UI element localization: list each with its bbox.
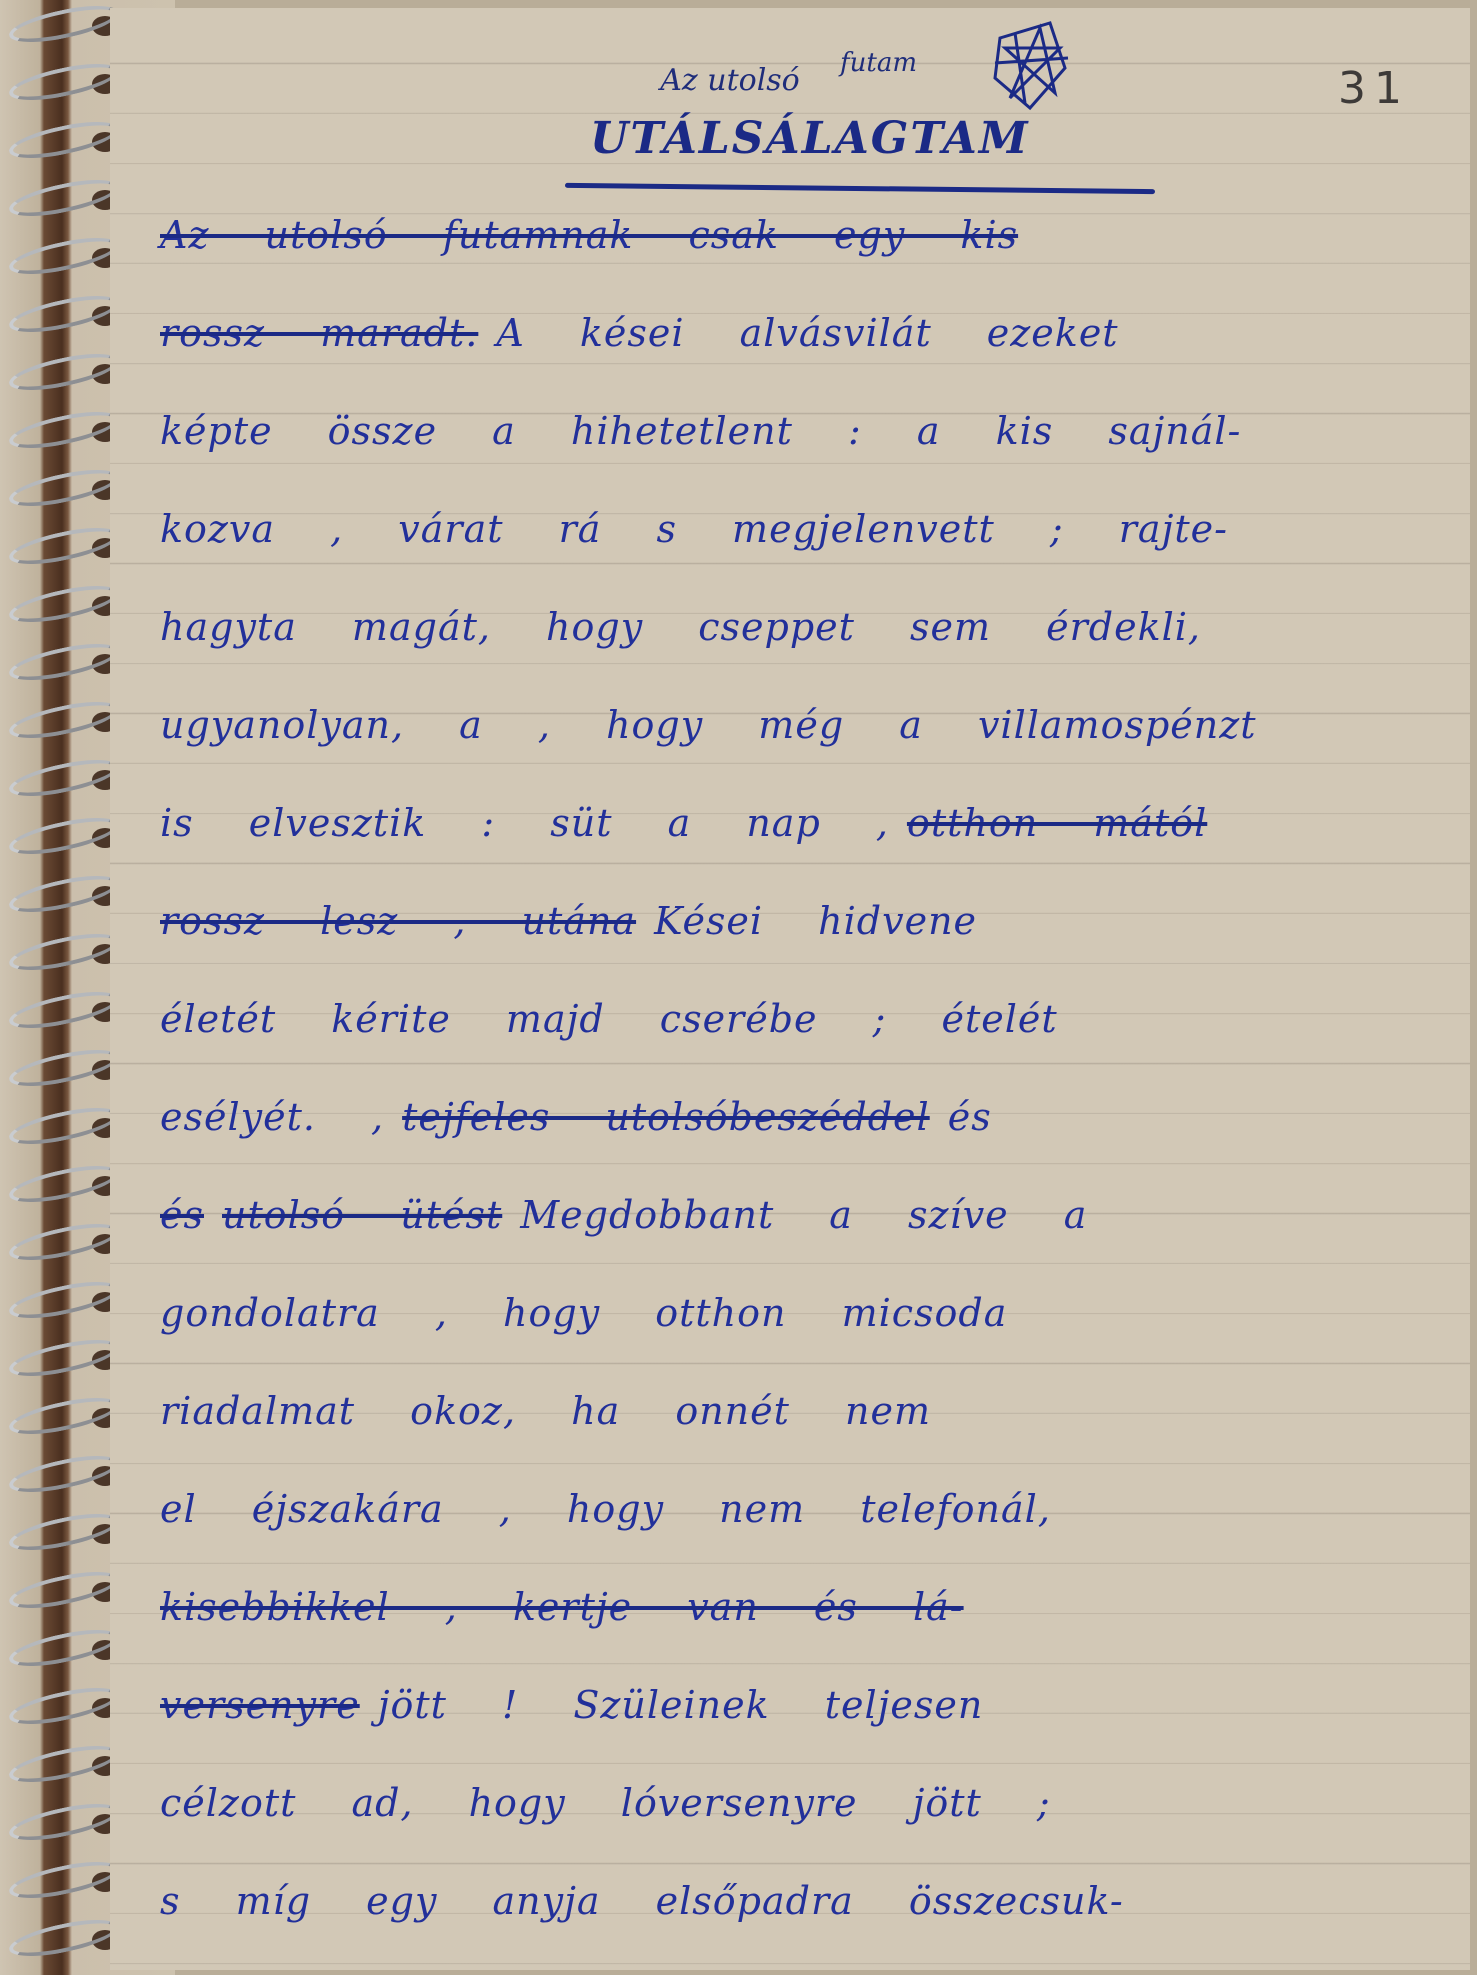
line-text: riadalmat okoz, ha onnét nem — [160, 1389, 931, 1433]
manuscript-line: esélyét. ,tejfeles utolsóbeszéddelés — [160, 1095, 1450, 1139]
spiral-coil — [6, 231, 121, 282]
struck-text: és — [160, 1193, 204, 1237]
spiral-coil — [6, 1739, 121, 1790]
title-underline — [565, 183, 1155, 194]
manuscript-line: rossz maradt.A kései alvásvilát ezeket — [160, 311, 1450, 355]
spiral-coil — [6, 347, 121, 398]
notebook-page: 31 Az utolsó futam UTÁLSÁLAGTAM Az utols… — [110, 8, 1470, 1970]
spiral-coil — [6, 115, 121, 166]
spiral-coil — [6, 1333, 121, 1384]
spiral-coil — [6, 521, 121, 572]
line-text: jött ! Szüleinek teljesen — [378, 1683, 984, 1727]
struck-text: rossz lesz , utána — [160, 899, 636, 943]
spiral-coil — [6, 1797, 121, 1848]
subtitle-insert: futam — [840, 48, 917, 78]
spiral-coil — [6, 57, 121, 108]
manuscript-line: ésutolsó ütéstMegdobbant a szíve a — [160, 1193, 1450, 1237]
line-text: hagyta magát, hogy cseppet sem érdekli, — [160, 605, 1201, 649]
title: UTÁLSÁLAGTAM — [590, 113, 1030, 164]
spiral-coil — [6, 695, 121, 746]
spiral-coil — [6, 1391, 121, 1442]
struck-text: kisebbikkel , kertje van és lá- — [160, 1585, 964, 1629]
line-text: Megdobbant a szíve a — [520, 1193, 1087, 1237]
spiral-coil — [6, 463, 121, 514]
spiral-coil — [6, 1623, 121, 1674]
spiral-coil — [6, 579, 121, 630]
notebook: 31 Az utolsó futam UTÁLSÁLAGTAM Az utols… — [0, 0, 1477, 1975]
spiral-coil — [6, 1913, 121, 1964]
spiral-coil — [6, 1449, 121, 1500]
line-text: Kései hidvene — [654, 899, 977, 943]
line-text: is elvesztik : süt a nap , — [160, 801, 889, 845]
manuscript-line: életét kérite majd cserébe ; ételét — [160, 997, 1450, 1041]
struck-text: otthon mától — [907, 801, 1207, 845]
subtitle: Az utolsó — [660, 63, 800, 98]
line-text: kozva , várat rá s megjelenvett ; rajte- — [160, 507, 1228, 551]
manuscript-line: kisebbikkel , kertje van és lá- — [160, 1585, 1450, 1629]
line-text: és — [948, 1095, 992, 1139]
spiral-coil — [6, 927, 121, 978]
manuscript-line: el éjszakára , hogy nem telefonál, — [160, 1487, 1450, 1531]
struck-text: versenyre — [160, 1683, 360, 1727]
spiral-coil — [6, 0, 121, 49]
manuscript-line: hagyta magát, hogy cseppet sem érdekli, — [160, 605, 1450, 649]
spiral-coil — [6, 1159, 121, 1210]
line-text: célzott ad, hogy lóversenyre jött ; — [160, 1781, 1051, 1825]
manuscript-line: Az utolsó futamnak csak egy kis — [160, 213, 1450, 257]
spiral-coil — [6, 1565, 121, 1616]
manuscript-line: riadalmat okoz, ha onnét nem — [160, 1389, 1450, 1433]
line-text: ugyanolyan, a , hogy még a villamospénzt — [160, 703, 1257, 747]
spiral-coil — [6, 1855, 121, 1906]
line-text: el éjszakára , hogy nem telefonál, — [160, 1487, 1051, 1531]
manuscript-line: versenyrejött ! Szüleinek teljesen — [160, 1683, 1450, 1727]
spiral-coil — [6, 1217, 121, 1268]
line-text: s míg egy anyja elsőpadra összecsuk- — [160, 1879, 1124, 1923]
struck-text: utolsó ütést — [222, 1193, 502, 1237]
struck-text: tejfeles utolsóbeszéddel — [402, 1095, 930, 1139]
spiral-coil — [6, 637, 121, 688]
line-text: képte össze a hihetetlent : a kis sajnál… — [160, 409, 1241, 453]
manuscript-line: gondolatra , hogy otthon micsoda — [160, 1291, 1450, 1335]
spiral-coil — [6, 405, 121, 456]
spiral-coil — [6, 1681, 121, 1732]
manuscript-line: ugyanolyan, a , hogy még a villamospénzt — [160, 703, 1450, 747]
manuscript-line: s míg egy anyja elsőpadra összecsuk- — [160, 1879, 1450, 1923]
spiral-coil — [6, 1043, 121, 1094]
spiral-coil — [6, 1507, 121, 1558]
spiral-coil — [6, 985, 121, 1036]
manuscript-line: kozva , várat rá s megjelenvett ; rajte- — [160, 507, 1450, 551]
manuscript-line: is elvesztik : süt a nap ,otthon mától — [160, 801, 1450, 845]
line-text: esélyét. , — [160, 1095, 384, 1139]
struck-text: rossz maradt. — [160, 311, 478, 355]
spiral-coil — [6, 811, 121, 862]
heading: Az utolsó — [110, 63, 1470, 98]
manuscript-line: képte össze a hihetetlent : a kis sajnál… — [160, 409, 1450, 453]
struck-text: Az utolsó futamnak csak egy kis — [160, 213, 1018, 257]
spiral-coil — [6, 1101, 121, 1152]
spiral-coil — [6, 1275, 121, 1326]
manuscript-line: rossz lesz , utánaKései hidvene — [160, 899, 1450, 943]
line-text: gondolatra , hogy otthon micsoda — [160, 1291, 1007, 1335]
manuscript-line: célzott ad, hogy lóversenyre jött ; — [160, 1781, 1450, 1825]
spiral-coil — [6, 869, 121, 920]
scribble-icon — [990, 18, 1070, 118]
spiral-coil — [6, 753, 121, 804]
line-text: életét kérite majd cserébe ; ételét — [160, 997, 1058, 1041]
spiral-coil — [6, 289, 121, 340]
spiral-coil — [6, 173, 121, 224]
line-text: A kései alvásvilát ezeket — [496, 311, 1118, 355]
